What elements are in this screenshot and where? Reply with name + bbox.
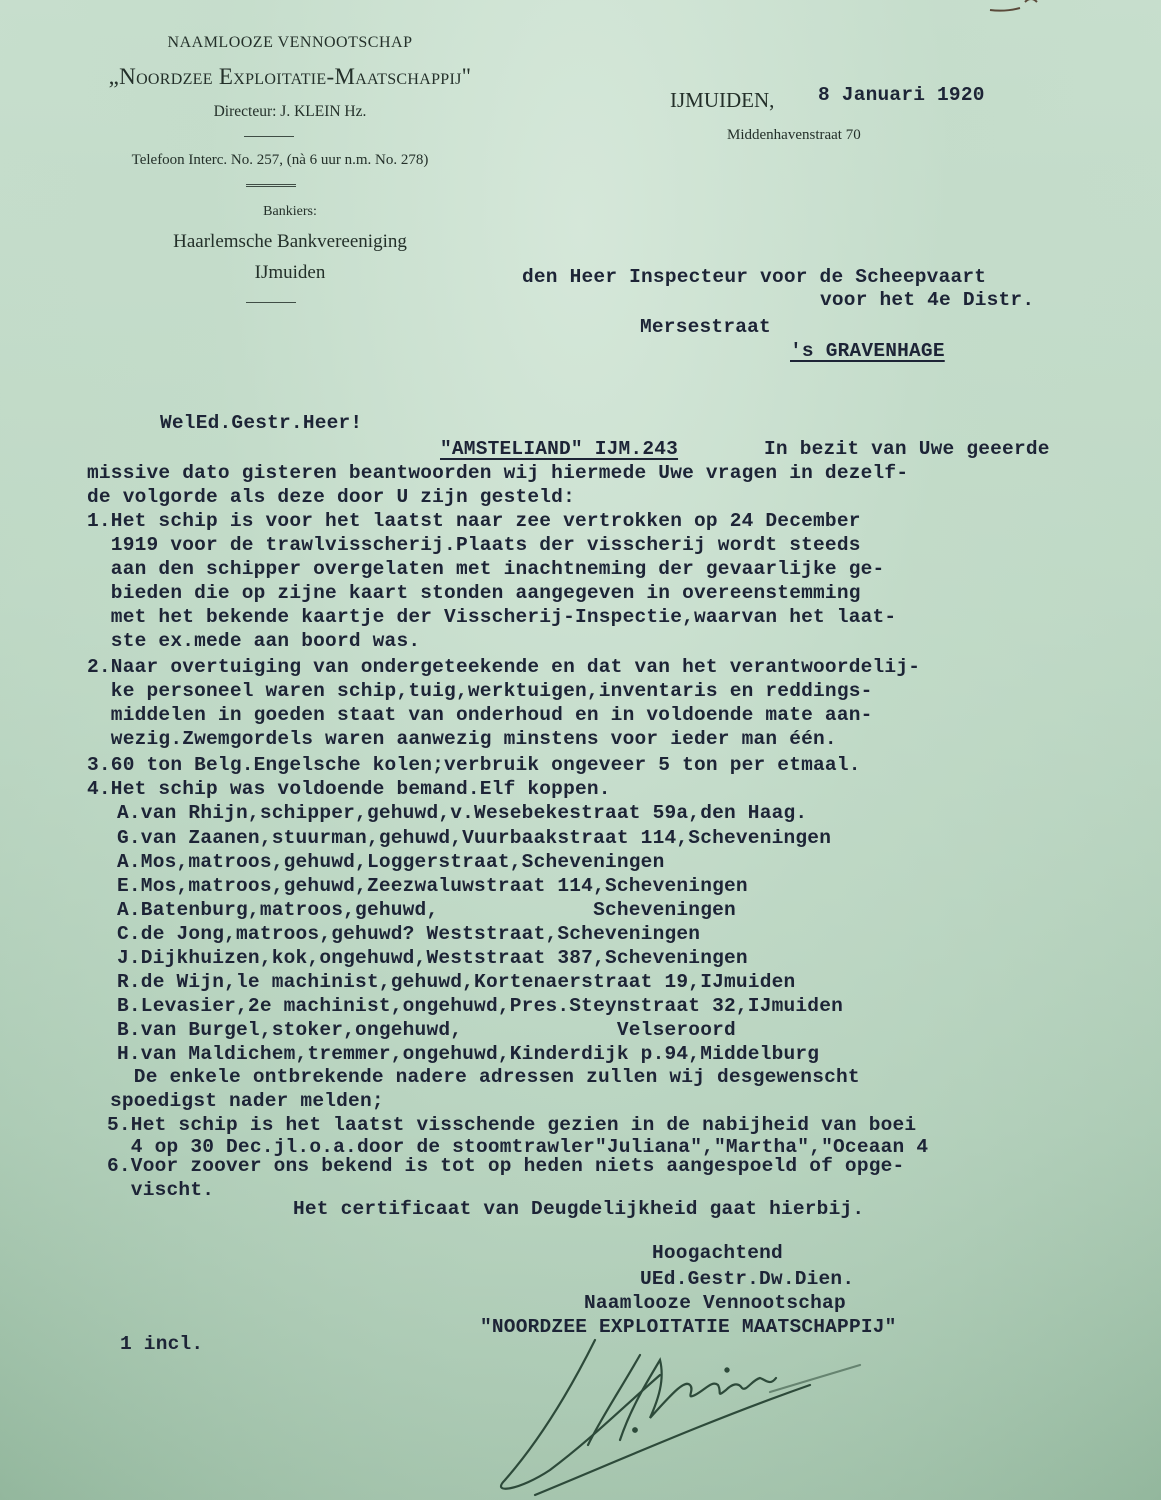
recipient-line-1: den Heer Inspecteur voor de Scheepvaart [522,266,986,288]
divider [244,136,294,137]
crew-member: B.Levasier,2e machinist,ongehuwd,Pres.St… [117,995,843,1017]
crew-member: C.de Jong,matroos,gehuwd? Weststraat,Sch… [117,923,700,945]
certificate-note: Het certificaat van Deugdelijkheid gaat … [293,1198,864,1220]
bank-city: IJmuiden [0,262,580,284]
crew-member: J.Dijkhuizen,kok,ongehuwd,Weststraat 387… [117,947,748,969]
company-name: „Noordzee Exploitatie-Maatschappij" [0,64,580,90]
company-type: NAAMLOOZE VENNOOTSCHAP [0,34,580,52]
body-line: wezig.Zwemgordels waren aanwezig minsten… [87,728,837,750]
body-line: De enkele ontbrekende nadere adressen zu… [110,1066,860,1088]
director: Directeur: J. KLEIN Hz. [0,103,580,121]
place: IJMUIDEN, [670,88,774,113]
recipient-line-2: voor het 4e Distr. [820,289,1034,311]
crew-member: B.van Burgel,stoker,ongehuwd, Velseroord [117,1019,736,1041]
crew-member: R.de Wijn,le machinist,gehuwd,Kortenaers… [117,971,795,993]
body-line: ke personeel waren schip,tuig,werktuigen… [87,680,873,702]
body-line: de volgorde als deze door U zijn gesteld… [87,486,575,508]
salutation: WelEd.Gestr.Heer! [160,412,362,434]
body-line: 5.Het schip is het laatst visschende gez… [107,1114,916,1136]
crew-member: A.van Rhijn,schipper,gehuwd,v.Wesebekest… [117,802,807,824]
body-line: 4.Het schip was voldoende bemand.Elf kop… [87,778,611,800]
divider [246,302,296,303]
body-line: 2.Naar overtuiging van ondergeteekende e… [87,656,920,678]
signature-icon [480,1330,880,1500]
recipient-city: 's GRAVENHAGE [790,340,945,362]
recipient-line-3: Mersestraat [640,316,771,338]
body-line: missive dato gisteren beantwoorden wij h… [87,462,908,484]
body-line: In bezit van Uwe geeerde [764,438,1050,460]
telephone: Telefoon Interc. No. 257, (nà 6 uur n.m.… [0,152,560,169]
body-line: 6.Voor zoover ons bekend is tot op heden… [107,1155,904,1177]
body-line: spoedigst nader melden; [110,1090,384,1112]
date: 8 Januari 1920 [818,84,985,106]
body-line: bieden die op zijne kaart stonden aangeg… [87,582,861,604]
crew-member: A.Mos,matroos,gehuwd,Loggerstraat,Scheve… [117,851,665,873]
body-line: met het bekende kaartje der Visscherij-I… [87,606,896,628]
crew-member: G.van Zaanen,stuurman,gehuwd,Vuurbaakstr… [117,827,831,849]
letter-page: NAAMLOOZE VENNOOTSCHAP „Noordzee Exploit… [0,0,1161,1500]
street-address: Middenhavenstraat 70 [727,127,861,144]
double-divider [246,184,296,190]
bank-name: Haarlemsche Bankvereeniging [0,231,580,253]
crew-member: A.Batenburg,matroos,gehuwd, Scheveningen [117,899,736,921]
subject-ship: "AMSTELIAND" IJM.243 [440,438,678,460]
signoff-greeting: Hoogachtend [652,1242,783,1264]
bankers-label: Bankiers: [0,204,580,220]
body-line: vischt. [107,1179,214,1201]
pencil-mark-icon [985,0,1055,16]
signoff-title: UEd.Gestr.Dw.Dien. [640,1268,854,1290]
body-line: aan den schipper overgelaten met inachtn… [87,558,884,580]
crew-member: H.van Maldichem,tremmer,ongehuwd,Kinderd… [117,1043,819,1065]
enclosure-note: 1 incl. [120,1333,203,1355]
body-line: 1919 voor de trawlvisscherij.Plaats der … [87,534,861,556]
body-line: 3.60 ton Belg.Engelsche kolen;verbruik o… [87,754,861,776]
signoff-company-type: Naamlooze Vennootschap [584,1292,846,1314]
crew-member: E.Mos,matroos,gehuwd,Zeezwaluwstraat 114… [117,875,748,897]
body-line: 1.Het schip is voor het laatst naar zee … [87,510,861,532]
body-line: ste ex.mede aan boord was. [87,630,420,652]
body-line: middelen in goeden staat van onderhoud e… [87,704,873,726]
